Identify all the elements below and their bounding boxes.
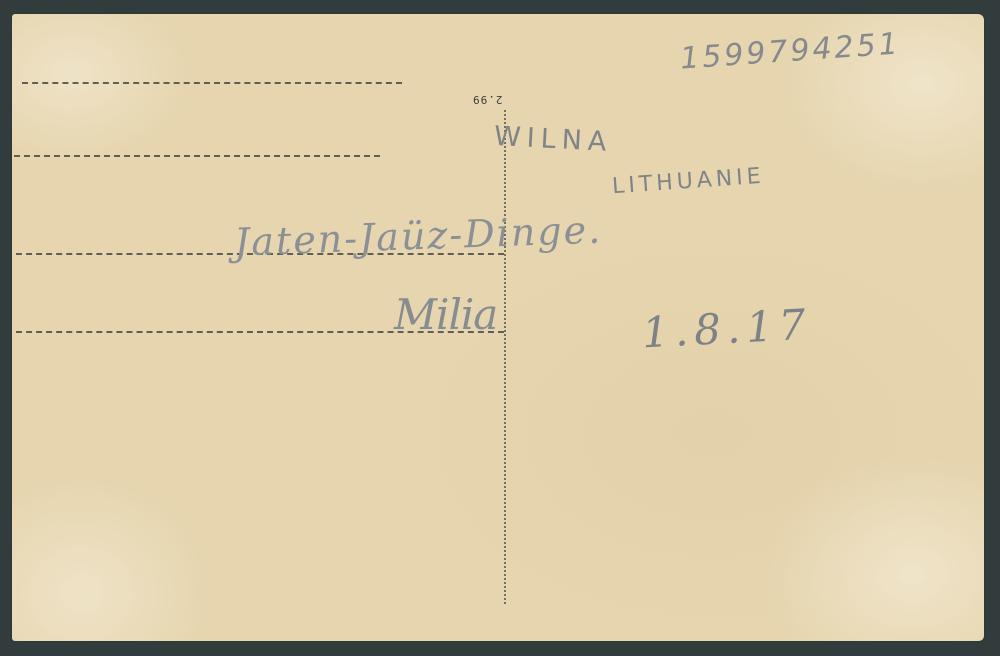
address-line-1 <box>22 82 402 84</box>
handwritten-date: 1.8.17 <box>641 300 813 358</box>
city-annotation: WILNA <box>493 121 613 158</box>
archive-number: 1599794251 <box>679 26 902 76</box>
country-annotation: LITHUANIE <box>611 164 765 200</box>
handwritten-signature: Milia <box>394 290 497 339</box>
center-divider <box>504 110 506 604</box>
handwritten-message: Jaten-Jaüz-Dinge. <box>233 208 602 265</box>
address-line-2 <box>14 155 380 157</box>
postcard-back: 2.99 1599794251 WILNA LITHUANIE Jaten-Ja… <box>12 14 984 641</box>
printed-code: 2.99 <box>472 93 503 106</box>
